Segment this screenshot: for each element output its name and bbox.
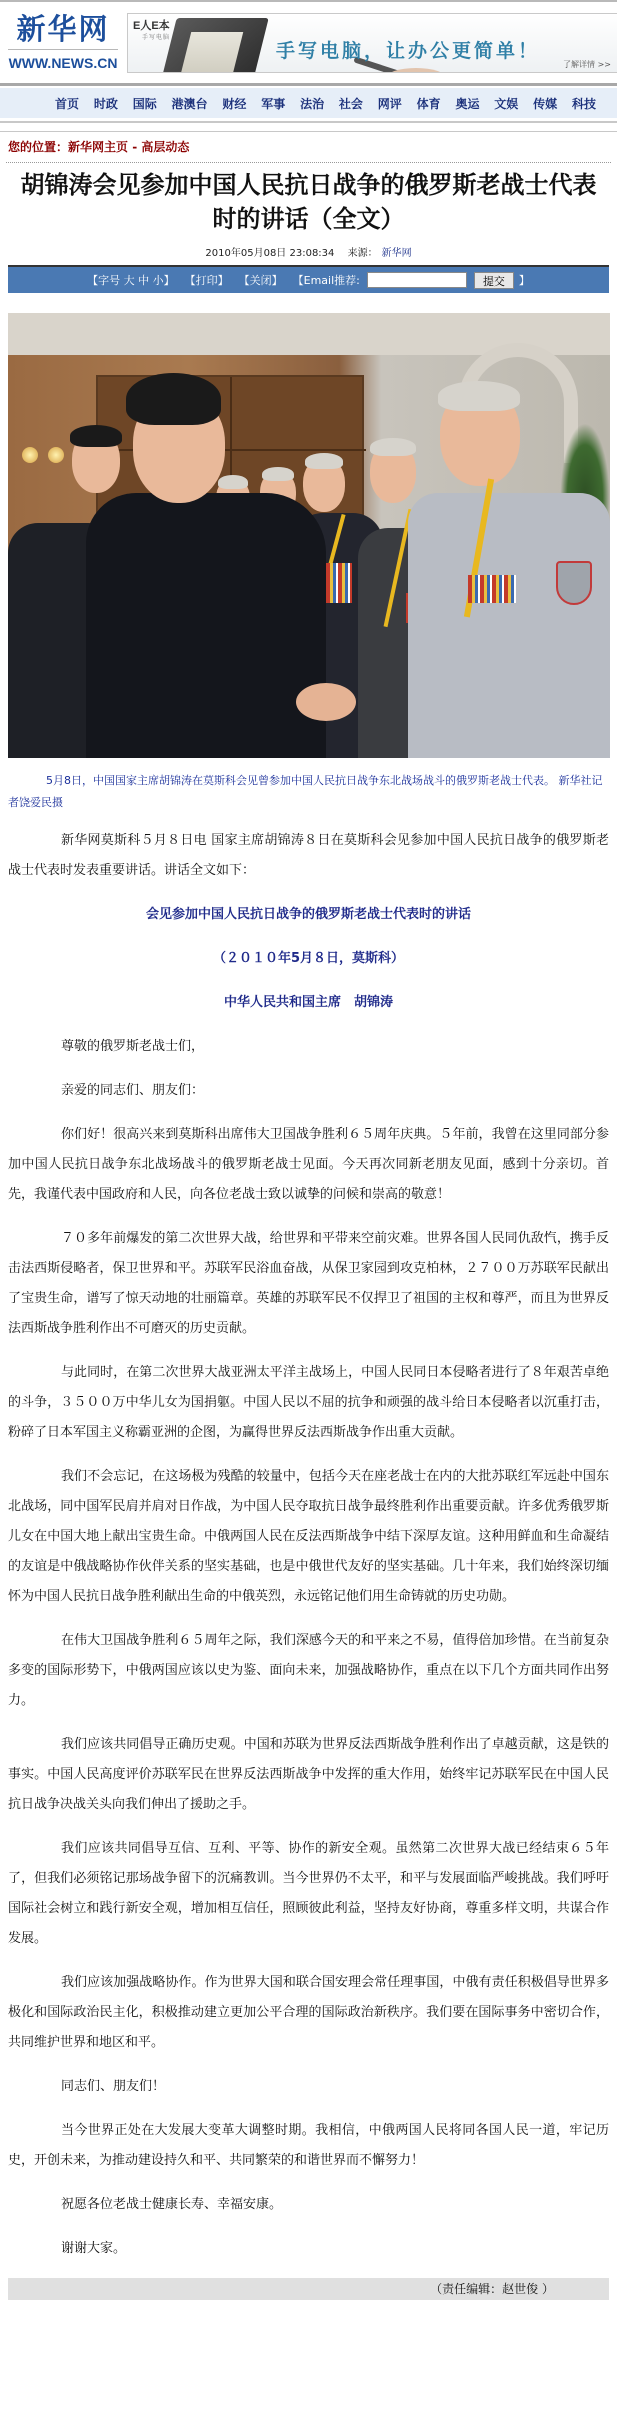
main-nav: 首页 时政 国际 港澳台 财经 军事 法治 社会 网评 体育 奥运 文娱 传媒 … [0, 88, 617, 118]
email-recommend-input[interactable] [367, 272, 467, 288]
logo-chinese: 新华网 [8, 10, 118, 48]
ad-more-link[interactable]: 了解详情 >> [563, 59, 611, 70]
speaker: 中华人民共和国主席 胡锦涛 [8, 988, 609, 1018]
nav-item-hk-macao-taiwan[interactable]: 港澳台 [172, 97, 208, 111]
body-paragraph: 同志们、朋友们！ [8, 2072, 609, 2102]
speech-title: 会见参加中国人民抗日战争的俄罗斯老战士代表时的讲话 [8, 900, 609, 930]
salutation: 亲爱的同志们、朋友们： [8, 1076, 609, 1106]
ad-brand: E人E本 [133, 17, 170, 33]
salutation: 尊敬的俄罗斯老战士们， [8, 1032, 609, 1062]
breadcrumb: 您的位置：新华网主页 - 高层动态 [0, 132, 617, 159]
handshake [296, 683, 356, 721]
nav-item-commentary[interactable]: 网评 [378, 97, 402, 111]
body-paragraph: 我们不会忘记，在这场极为残酷的较量中，包括今天在座老战士在内的大批苏联红军远赴中… [8, 1462, 609, 1612]
russia-shoulder-patch-icon [556, 561, 592, 605]
body-paragraph: 当今世界正处在大发展大变革大调整时期。我相信，中俄两国人民将同各国人民一道，牢记… [8, 2116, 609, 2176]
breadcrumb-label: 您的位置： [8, 140, 68, 154]
body-paragraph: 我们应该共同倡导正确历史观。中国和苏联为世界反法西斯战争胜利作出了卓越贡献，这是… [8, 1730, 609, 1820]
site-logo[interactable]: 新华网 WWW.NEWS.CN [8, 10, 118, 74]
nav-divider-bottom [0, 121, 617, 123]
nav-divider-top [0, 83, 617, 86]
nav-item-olympics[interactable]: 奥运 [455, 97, 479, 111]
body-paragraph: 我们应该加强战略协作。作为世界大国和联合国安理会常任理事国，中俄有责任积极倡导世… [8, 1968, 609, 2058]
nav-item-politics[interactable]: 时政 [94, 97, 118, 111]
article-title: 胡锦涛会见参加中国人民抗日战争的俄罗斯老战士代表时的讲话（全文） [0, 163, 617, 236]
nav-item-tech[interactable]: 科技 [572, 97, 596, 111]
nav-item-sports[interactable]: 体育 [417, 97, 441, 111]
nav-item-legal[interactable]: 法治 [300, 97, 324, 111]
logo-url: WWW.NEWS.CN [8, 55, 118, 71]
body-paragraph: ７０多年前爆发的第二次世界大战，给世界和平带来空前灾难。世界各国人民同仇敌忾，携… [8, 1224, 609, 1344]
article-meta: 2010年05月08日 23:08:34 来源：新华网 [0, 244, 617, 259]
nav-item-entertainment[interactable]: 文娱 [494, 97, 518, 111]
nav-item-world[interactable]: 国际 [133, 97, 157, 111]
email-recommend-label: 【Email推荐: [293, 272, 360, 288]
nav-item-media[interactable]: 传媒 [533, 97, 557, 111]
source-link[interactable]: 新华网 [382, 248, 412, 259]
speech-date: （２０１０年5月８日，莫斯科） [8, 944, 609, 974]
site-header: 新华网 WWW.NEWS.CN E人E本 手写电脑 手写电脑，让办公更简单！ 了… [0, 2, 617, 82]
body-paragraph: 我们应该共同倡导互信、互利、平等、协作的新安全观。虽然第二次世界大战已经结束６５… [8, 1834, 609, 1954]
close-button[interactable]: 【关闭】 [239, 272, 283, 288]
logo-divider [8, 49, 118, 50]
photo-caption: 5月8日，中国国家主席胡锦涛在莫斯科会见曾参加中国人民抗日战争东北战场战斗的俄罗… [0, 758, 617, 814]
breadcrumb-separator: - [128, 140, 141, 154]
body-paragraph: 祝愿各位老战士健康长寿、幸福安康。 [8, 2190, 609, 2220]
wall-lamp-icon [48, 447, 64, 463]
page-bottom-spacer [0, 2300, 617, 2312]
article-toolbar: 【字号 大 中 小】 【打印】 【关闭】 【Email推荐: 提交 】 [8, 267, 609, 293]
ad-slogan: 手写电脑，让办公更简单！ [276, 36, 540, 63]
body-paragraph: 在伟大卫国战争胜利６５周年之际，我们深感今天的和平来之不易，值得倍加珍惜。在当前… [8, 1626, 609, 1716]
breadcrumb-home-link[interactable]: 新华网主页 [68, 140, 128, 154]
news-photo [8, 313, 610, 758]
wall-lamp-icon [22, 447, 38, 463]
email-close-bracket: 】 [519, 272, 530, 288]
body-paragraph: 你们好！很高兴来到莫斯科出席伟大卫国战争胜利６５周年庆典。５年前，我曾在这里同部… [8, 1120, 609, 1210]
nav-item-society[interactable]: 社会 [339, 97, 363, 111]
responsible-editor: （责任编辑：赵世俊 ） [8, 2278, 609, 2300]
nav-items: 首页 时政 国际 港澳台 财经 军事 法治 社会 网评 体育 奥运 文娱 传媒 … [55, 95, 607, 112]
nav-item-home[interactable]: 首页 [55, 97, 79, 111]
body-paragraph: 谢谢大家。 [8, 2234, 609, 2264]
ad-brand-sub: 手写电脑 [142, 32, 170, 41]
tablet-device-image [159, 18, 268, 73]
print-button[interactable]: 【打印】 [185, 272, 229, 288]
nav-item-finance[interactable]: 财经 [222, 97, 246, 111]
publish-datetime: 2010年05月08日 23:08:34 [205, 248, 334, 259]
breadcrumb-section-link[interactable]: 高层动态 [141, 140, 189, 154]
submit-button[interactable]: 提交 [474, 272, 514, 289]
nav-item-military[interactable]: 军事 [261, 97, 285, 111]
body-paragraph: 与此同时，在第二次世界大战亚洲太平洋主战场上，中国人民同日本侵略者进行了８年艰苦… [8, 1358, 609, 1448]
source-label: 来源： [348, 248, 378, 259]
ad-banner[interactable]: E人E本 手写电脑 手写电脑，让办公更简单！ 了解详情 >> [127, 13, 617, 73]
lead-paragraph: 新华网莫斯科５月８日电 国家主席胡锦涛８日在莫斯科会见参加中国人民抗日战争的俄罗… [8, 826, 609, 886]
article-body: 新华网莫斯科５月８日电 国家主席胡锦涛８日在莫斯科会见参加中国人民抗日战争的俄罗… [0, 814, 617, 2264]
font-size-control[interactable]: 【字号 大 中 小】 [87, 272, 175, 288]
